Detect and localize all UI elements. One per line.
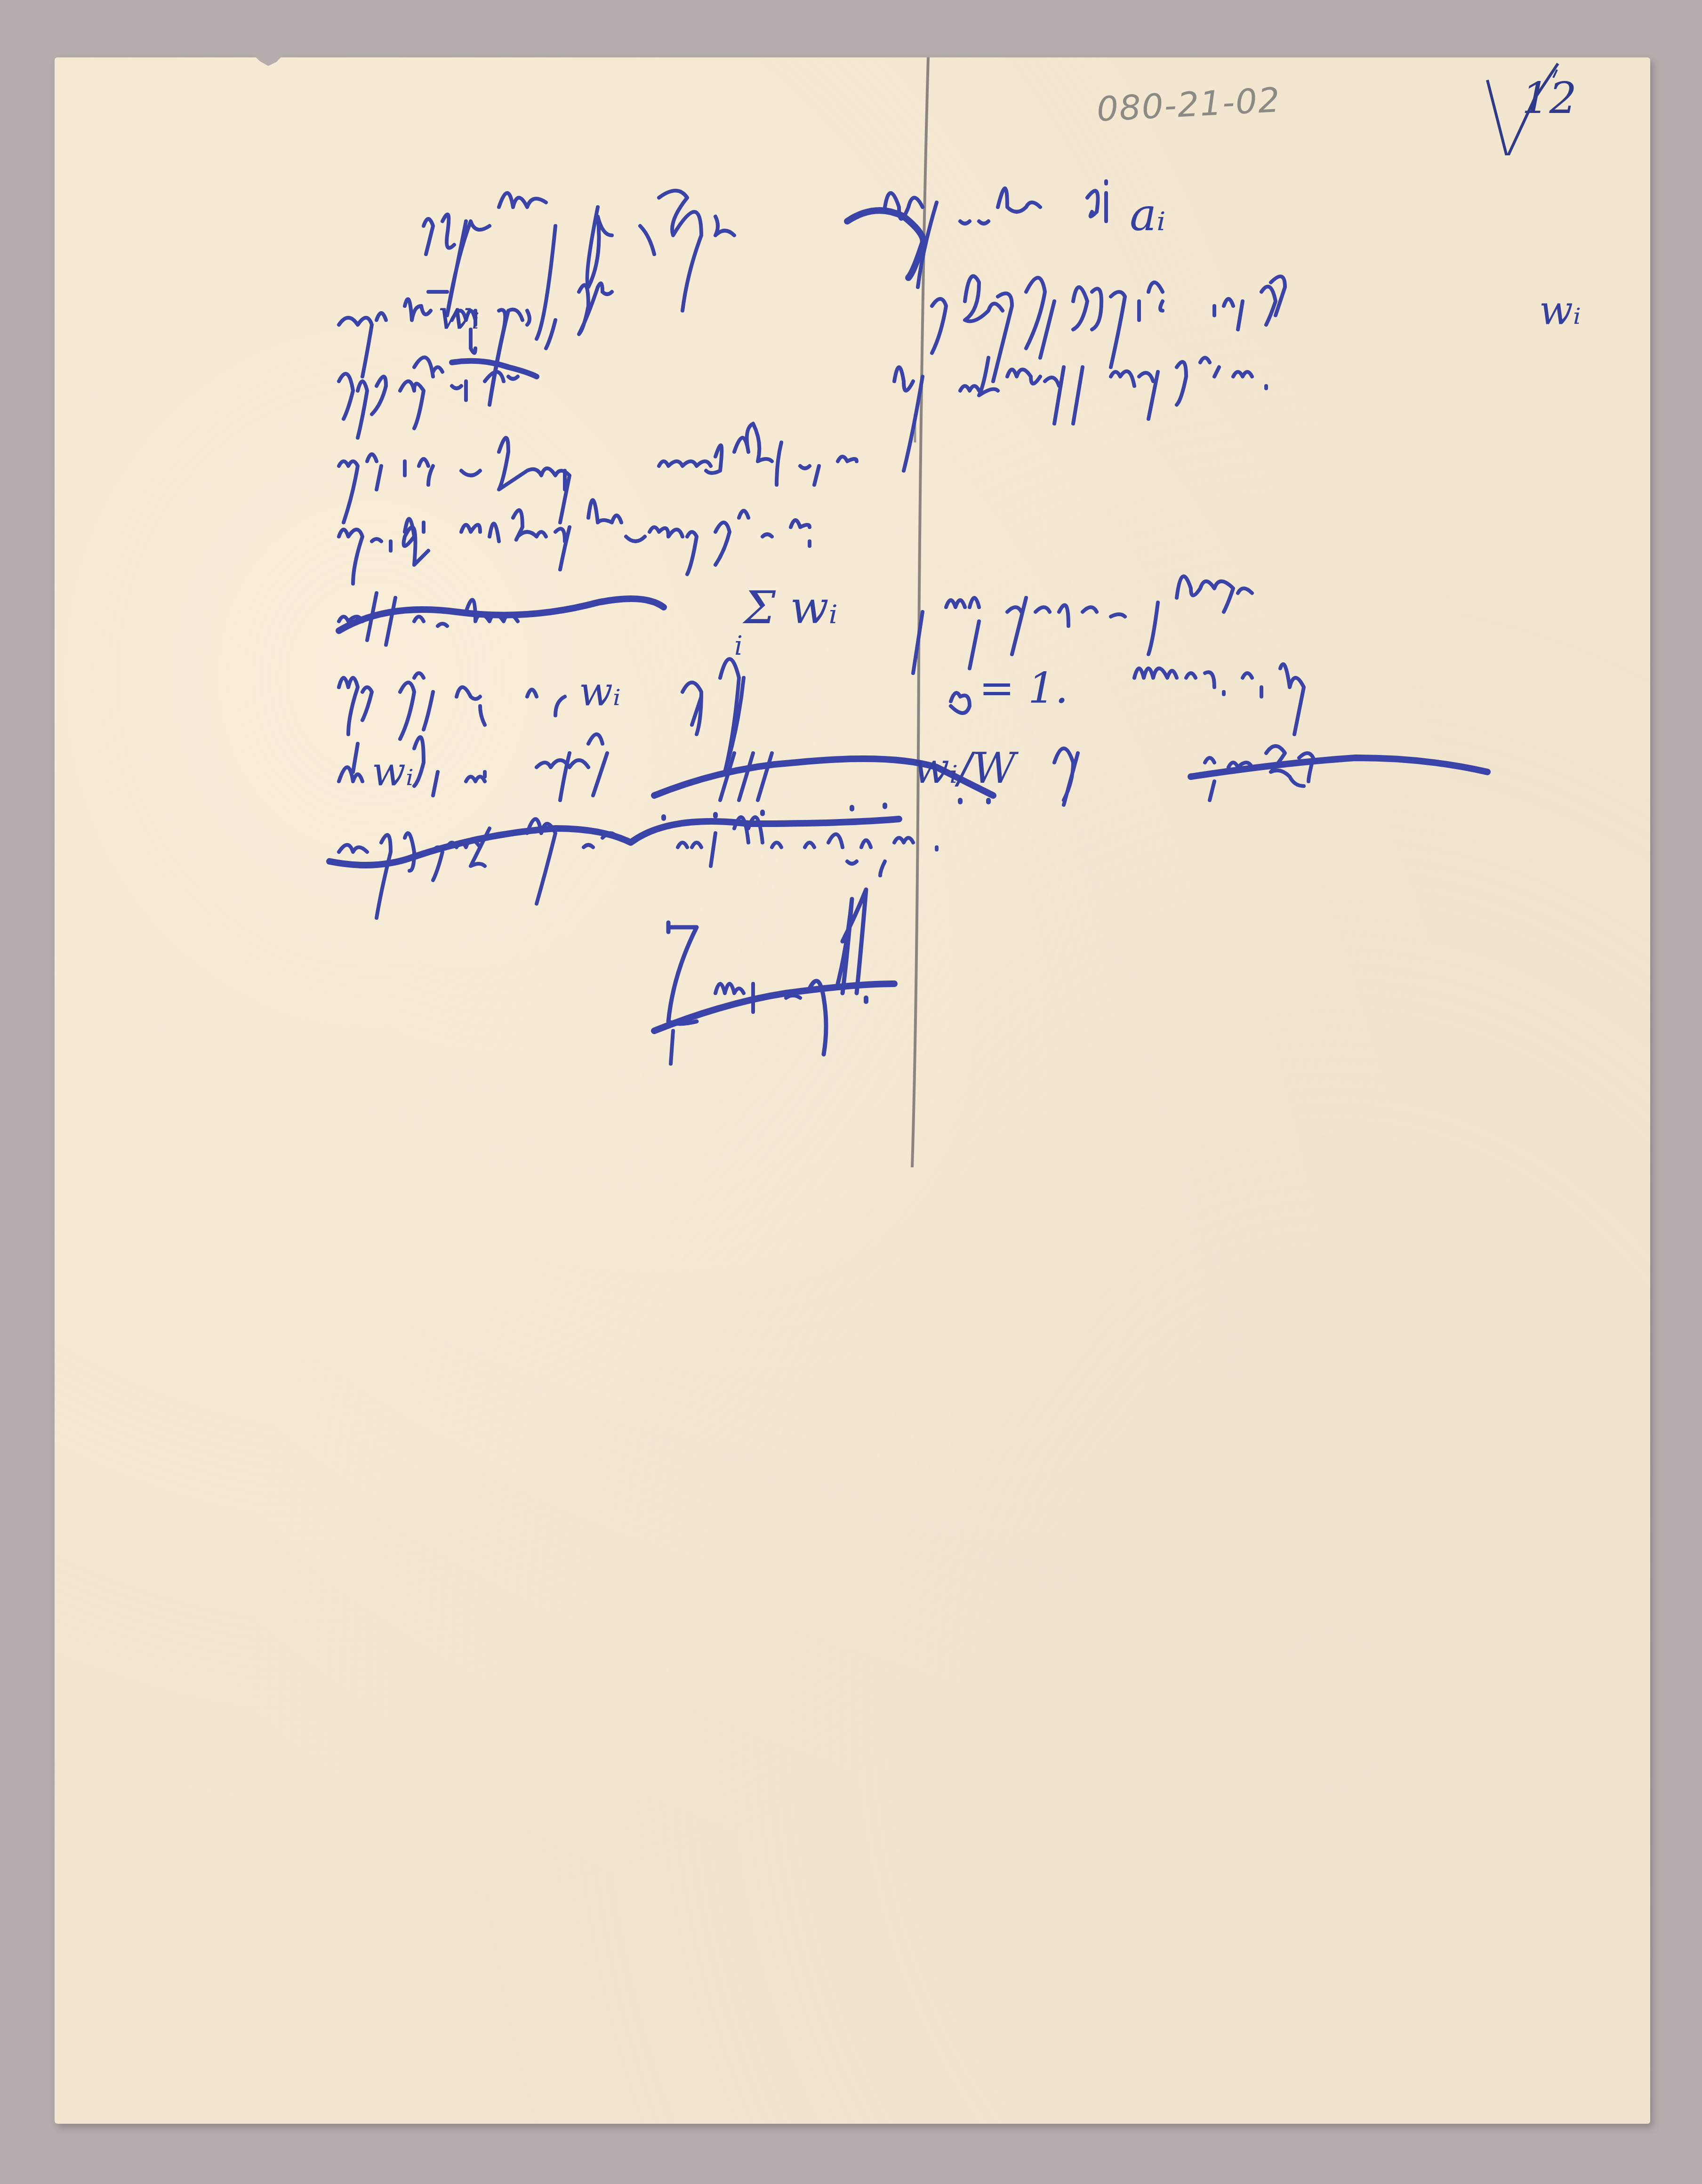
math-sum-index: i bbox=[734, 631, 743, 661]
shorthand-handwriting bbox=[0, 0, 1702, 2184]
math-equals-one: = 1. bbox=[979, 664, 1068, 713]
math-w-i-line2: wᵢ bbox=[438, 292, 480, 338]
math-w-over-W: wᵢ/W bbox=[913, 744, 1016, 793]
math-w-i-line2-end: wᵢ bbox=[1539, 287, 1581, 333]
math-w-i-line8: wᵢ bbox=[372, 748, 414, 795]
math-a-i: aᵢ bbox=[1130, 188, 1166, 241]
math-sum-w-struck: Σ wᵢ bbox=[744, 581, 838, 634]
math-w-i-line7: wᵢ bbox=[579, 668, 621, 715]
